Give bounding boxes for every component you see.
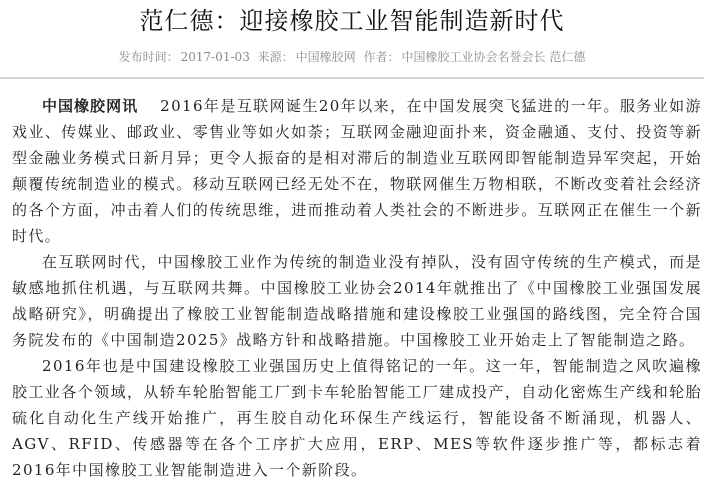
publish-label: 发布时间： xyxy=(119,50,179,64)
source-label: 来源： xyxy=(258,50,294,64)
article-title: 范仁德：迎接橡胶工业智能制造新时代 xyxy=(0,5,704,37)
article-body: 中国橡胶网讯2016年是互联网诞生20年以来，在中国发展突飞猛进的一年。服务业如… xyxy=(12,93,702,481)
author: 作者：中国橡胶工业协会名誉会长 范仁德 xyxy=(363,50,587,64)
source-name: 中国橡胶网 xyxy=(296,50,356,64)
paragraph-1-text: 2016年是互联网诞生20年以来，在中国发展突飞猛进的一年。服务业如游戏业、传媒… xyxy=(12,97,702,245)
author-name: 中国橡胶工业协会名誉会长 范仁德 xyxy=(402,50,586,64)
source: 来源：中国橡胶网 xyxy=(257,50,357,64)
author-label: 作者： xyxy=(364,50,400,64)
publish-date: 2017-01-03 xyxy=(181,50,250,64)
paragraph-2: 在互联网时代，中国橡胶工业作为传统的制造业没有掉队，没有固守传统的生产模式，而是… xyxy=(12,249,702,353)
paragraph-1: 中国橡胶网讯2016年是互联网诞生20年以来，在中国发展突飞猛进的一年。服务业如… xyxy=(12,93,702,249)
header-divider xyxy=(0,77,704,79)
lead-source-tag: 中国橡胶网讯 xyxy=(42,97,138,115)
paragraph-3: 2016年也是中国建设橡胶工业强国历史上值得铭记的一年。这一年，智能制造之风吹遍… xyxy=(12,353,702,481)
publish-time: 发布时间：2017-01-03 xyxy=(118,50,251,64)
article-meta: 发布时间：2017-01-03 来源：中国橡胶网 作者：中国橡胶工业协会名誉会长… xyxy=(0,49,704,65)
